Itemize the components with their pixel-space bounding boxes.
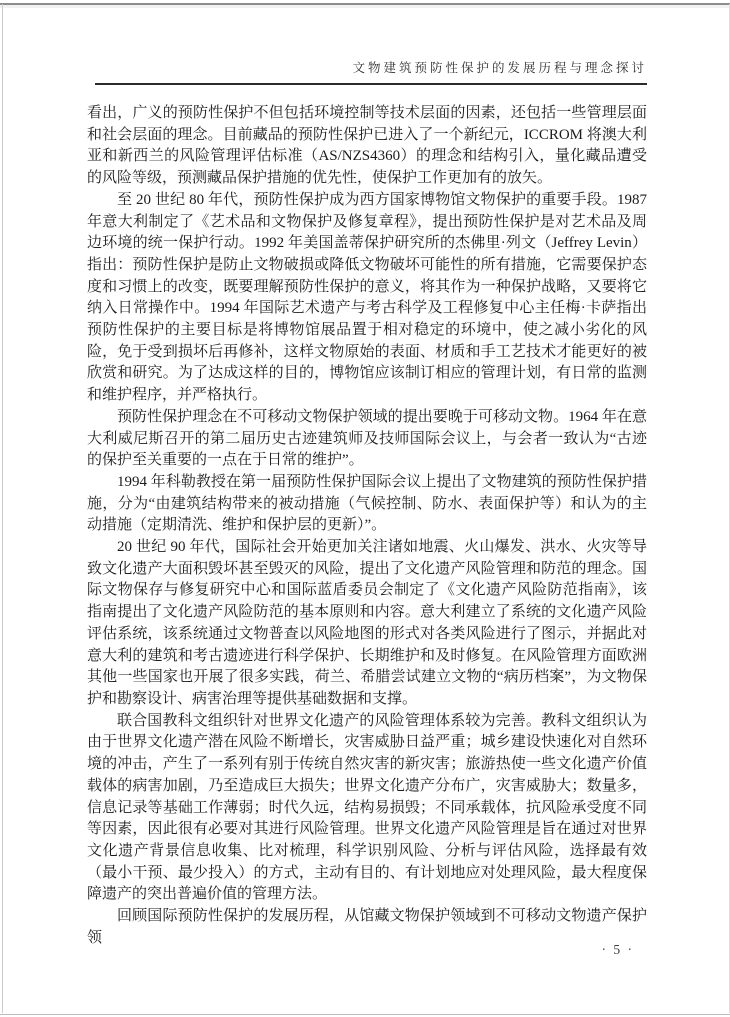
page-header: 文物建筑预防性保护的发展历程与理念探讨 xyxy=(95,58,647,85)
paragraph: 看出，广义的预防性保护不但包括环境控制等技术层面的因素，还包括一些管理层面和社会… xyxy=(87,103,647,190)
scan-artifact-bottom-edge xyxy=(0,1014,730,1015)
scan-artifact-top-shadow xyxy=(0,5,730,8)
paragraph: 回顾国际预防性保护的发展历程，从馆藏文物保护领域到不可移动文物遗产保护领 xyxy=(87,906,647,949)
paragraph: 1994 年科勒教授在第一届预防性保护国际会议上提出了文物建筑的预防性保护措施，… xyxy=(87,472,647,537)
paragraph: 至 20 世纪 80 年代，预防性保护成为西方国家博物馆文物保护的重要手段。19… xyxy=(87,190,647,407)
page-number: · 5 · xyxy=(602,942,635,957)
paragraph: 预防性保护理念在不可移动文物保护领域的提出要晚于可移动文物。1964 年在意大利… xyxy=(87,407,647,472)
body-text: 看出，广义的预防性保护不但包括环境控制等技术层面的因素，还包括一些管理层面和社会… xyxy=(87,103,647,949)
scan-artifact-left-edge xyxy=(2,4,3,1013)
header-rule xyxy=(95,83,647,85)
paragraph: 联合国教科文组织针对世界文化遗产的风险管理体系较为完善。教科文组织认为由于世界文… xyxy=(87,711,647,906)
page-footer: · 5 · xyxy=(602,941,635,959)
document-page: 文物建筑预防性保护的发展历程与理念探讨 看出，广义的预防性保护不但包括环境控制等… xyxy=(0,0,730,1017)
paragraph: 20 世纪 90 年代，国际社会开始更加关注诸如地震、火山爆发、洪水、火灾等导致… xyxy=(87,537,647,711)
running-title: 文物建筑预防性保护的发展历程与理念探讨 xyxy=(95,58,647,76)
